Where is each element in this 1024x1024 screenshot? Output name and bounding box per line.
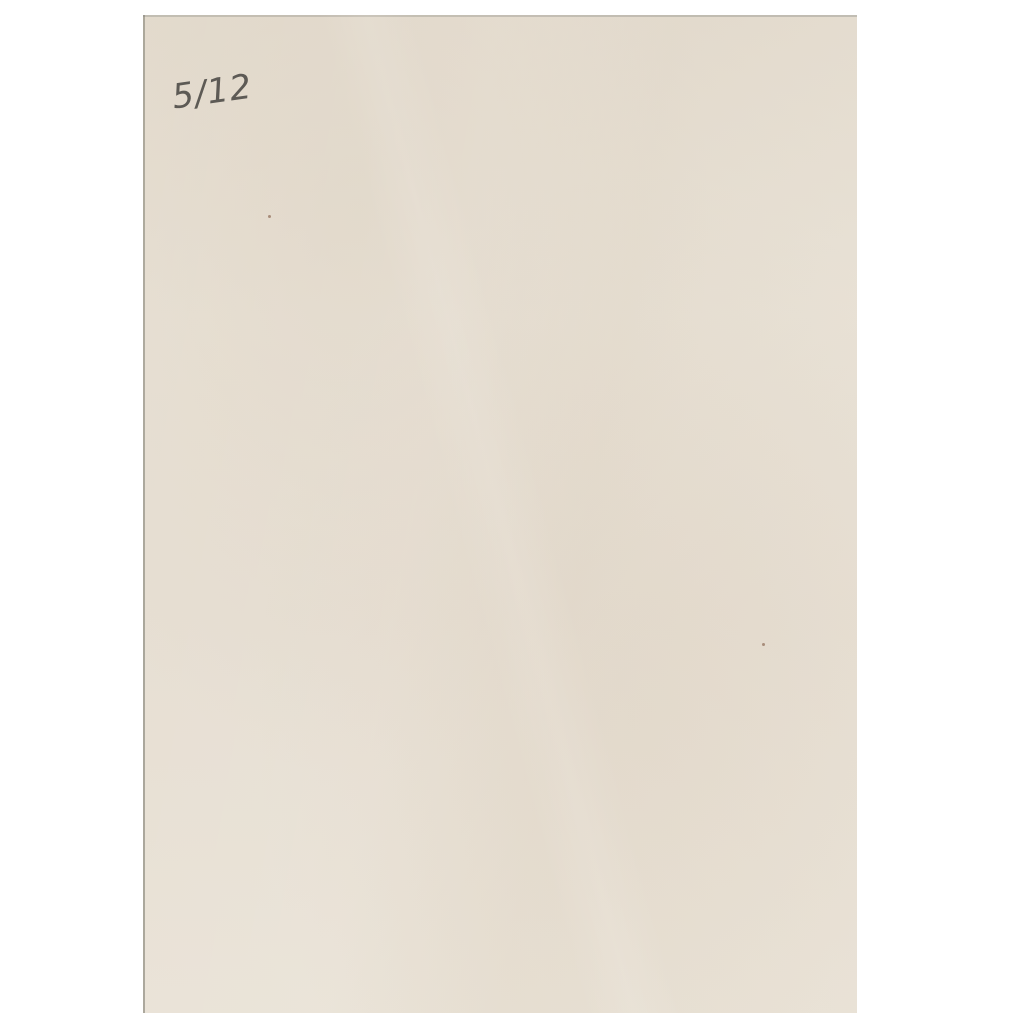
paper-speck bbox=[762, 643, 765, 646]
paper-sheet bbox=[143, 15, 857, 1013]
paper-speck bbox=[268, 215, 271, 218]
